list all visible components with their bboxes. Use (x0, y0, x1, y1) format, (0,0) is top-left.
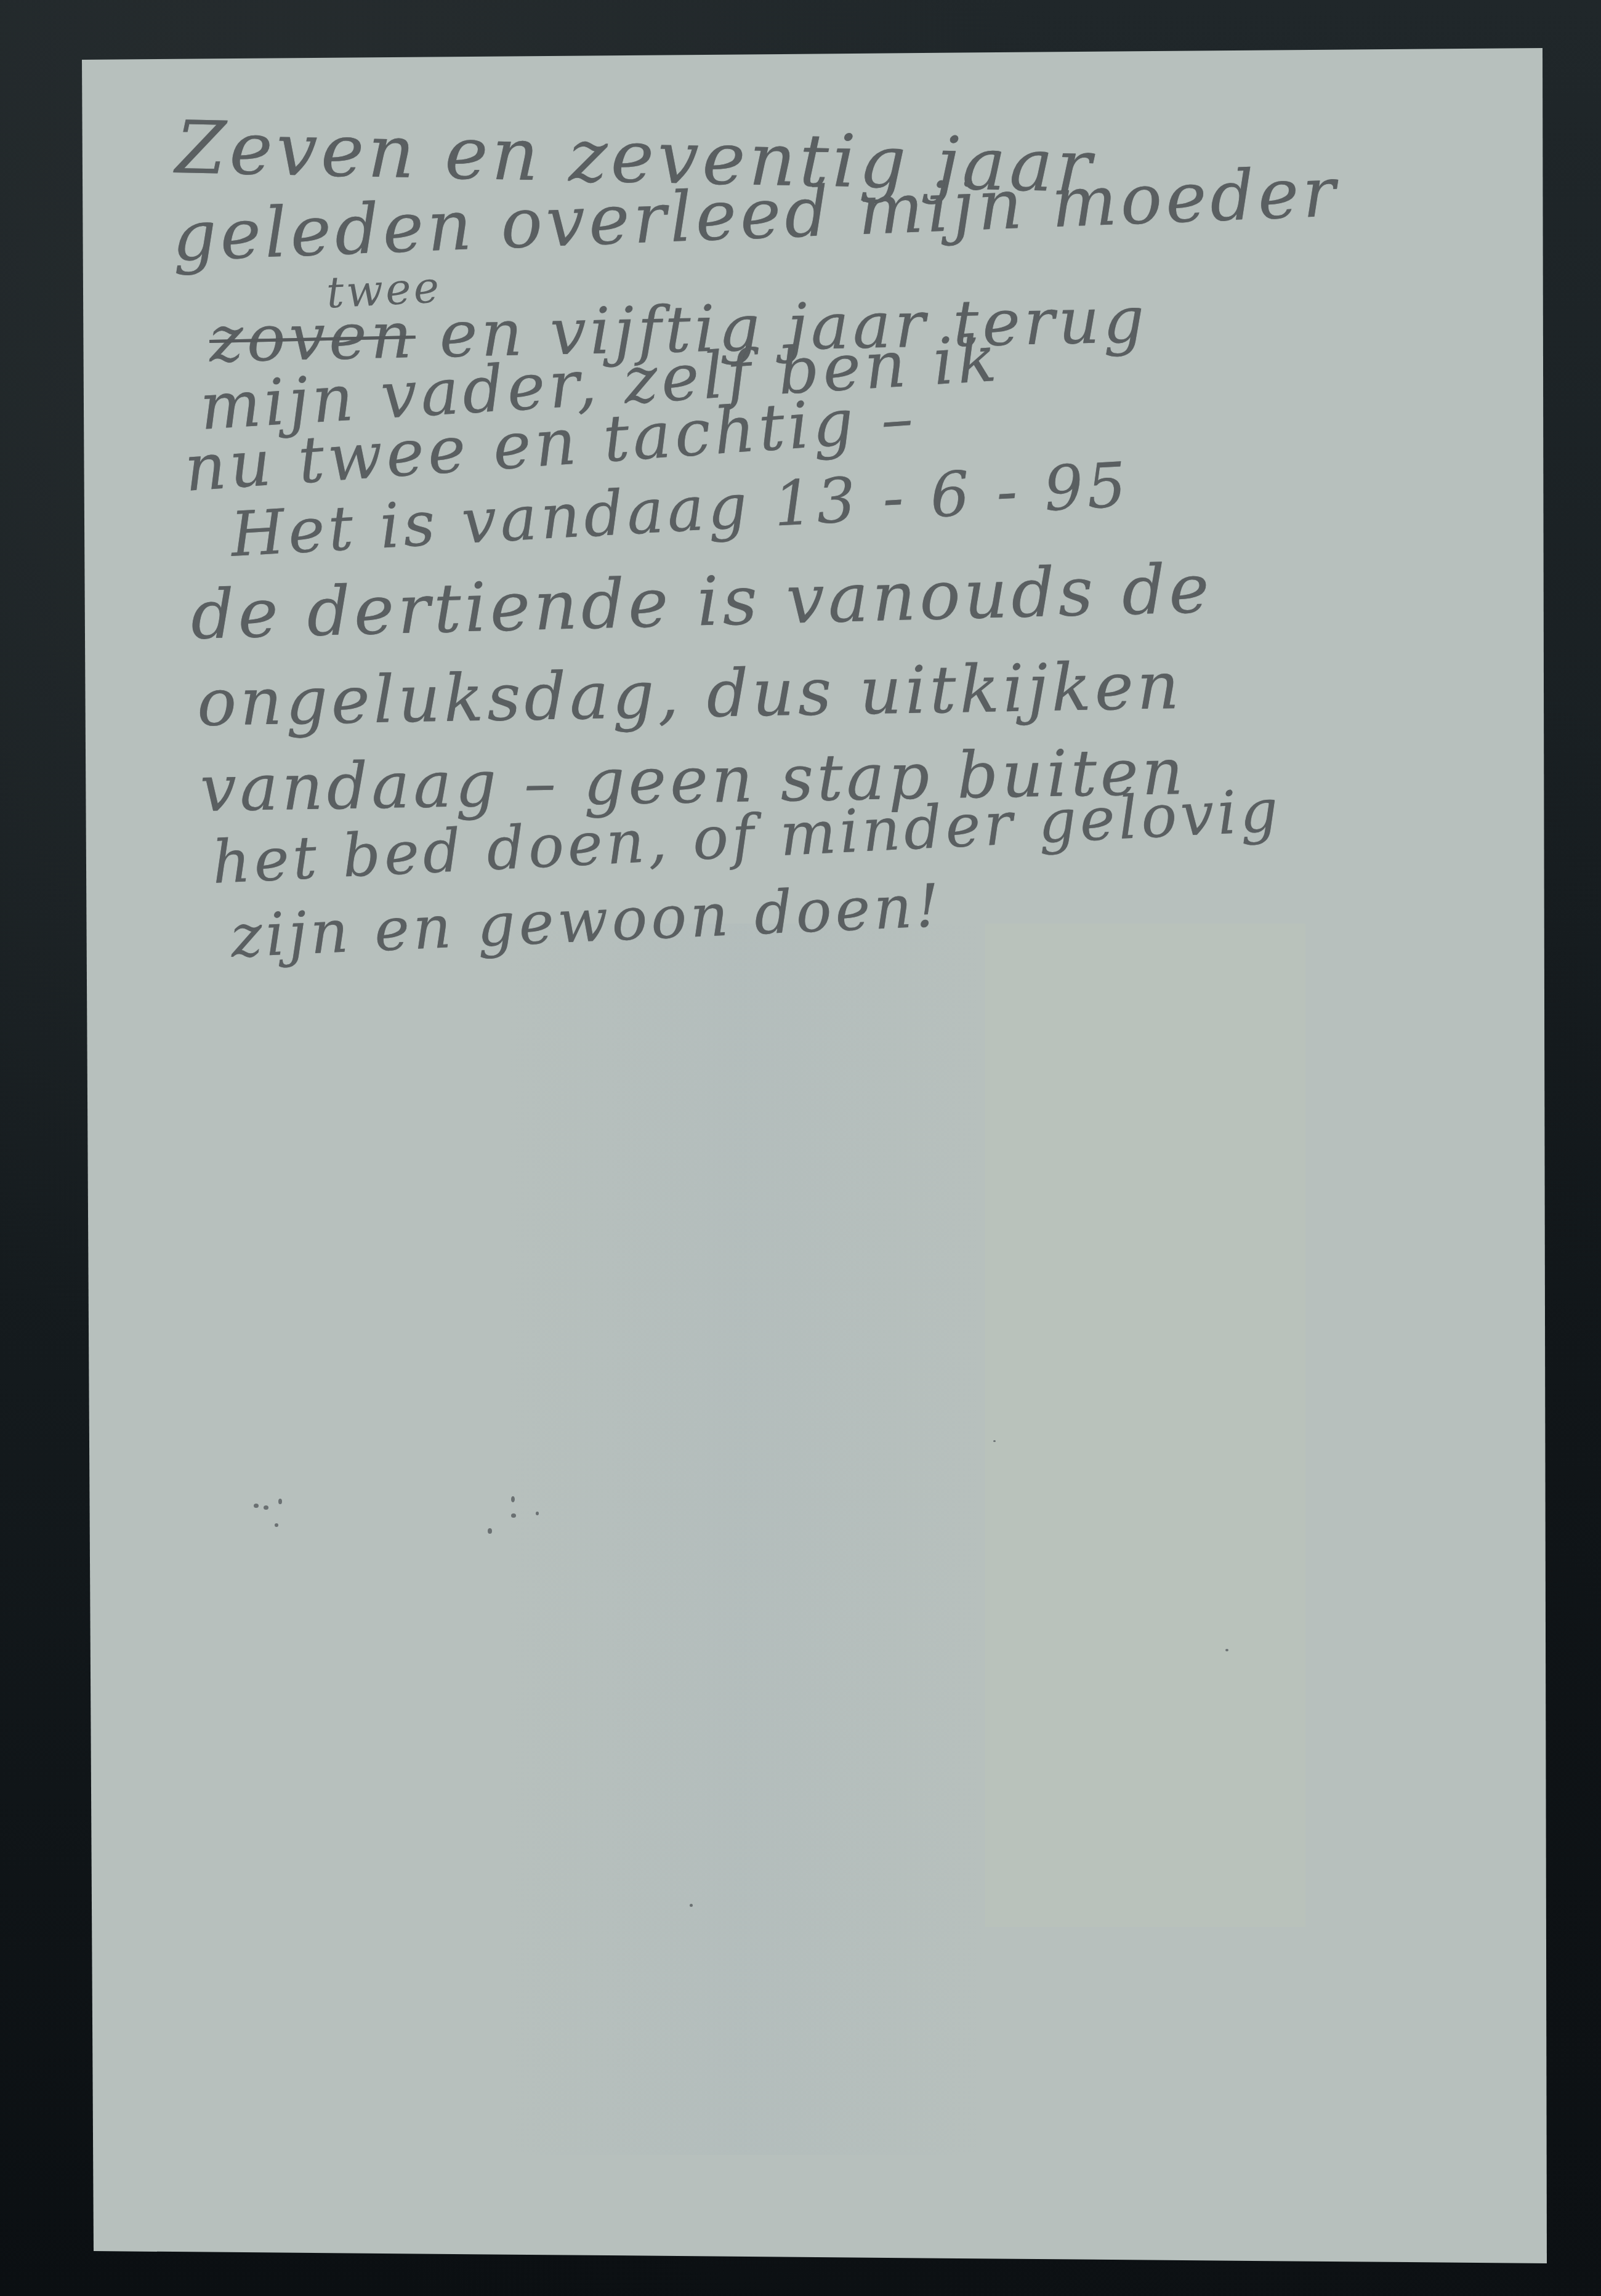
speck-mark (1225, 1649, 1228, 1651)
speck-mark (511, 1496, 515, 1502)
handwritten-text: Zeven en zeventig jaar geleden overleed … (0, 0, 1601, 2296)
speck-mark (278, 1499, 282, 1504)
paper-sheet: Zeven en zeventig jaar geleden overleed … (0, 0, 1601, 2296)
speck-mark (254, 1504, 259, 1508)
speck-mark (275, 1523, 278, 1527)
speck-mark (264, 1505, 268, 1510)
speck-mark (993, 1440, 996, 1442)
line-7: de dertiende is vanouds de (190, 549, 1214, 655)
speck-mark (511, 1513, 516, 1518)
speck-mark (690, 1904, 693, 1907)
speck-mark (488, 1528, 492, 1534)
speck-mark (536, 1512, 539, 1515)
line-8: ongeluksdag, dus uitkijken (196, 648, 1184, 741)
